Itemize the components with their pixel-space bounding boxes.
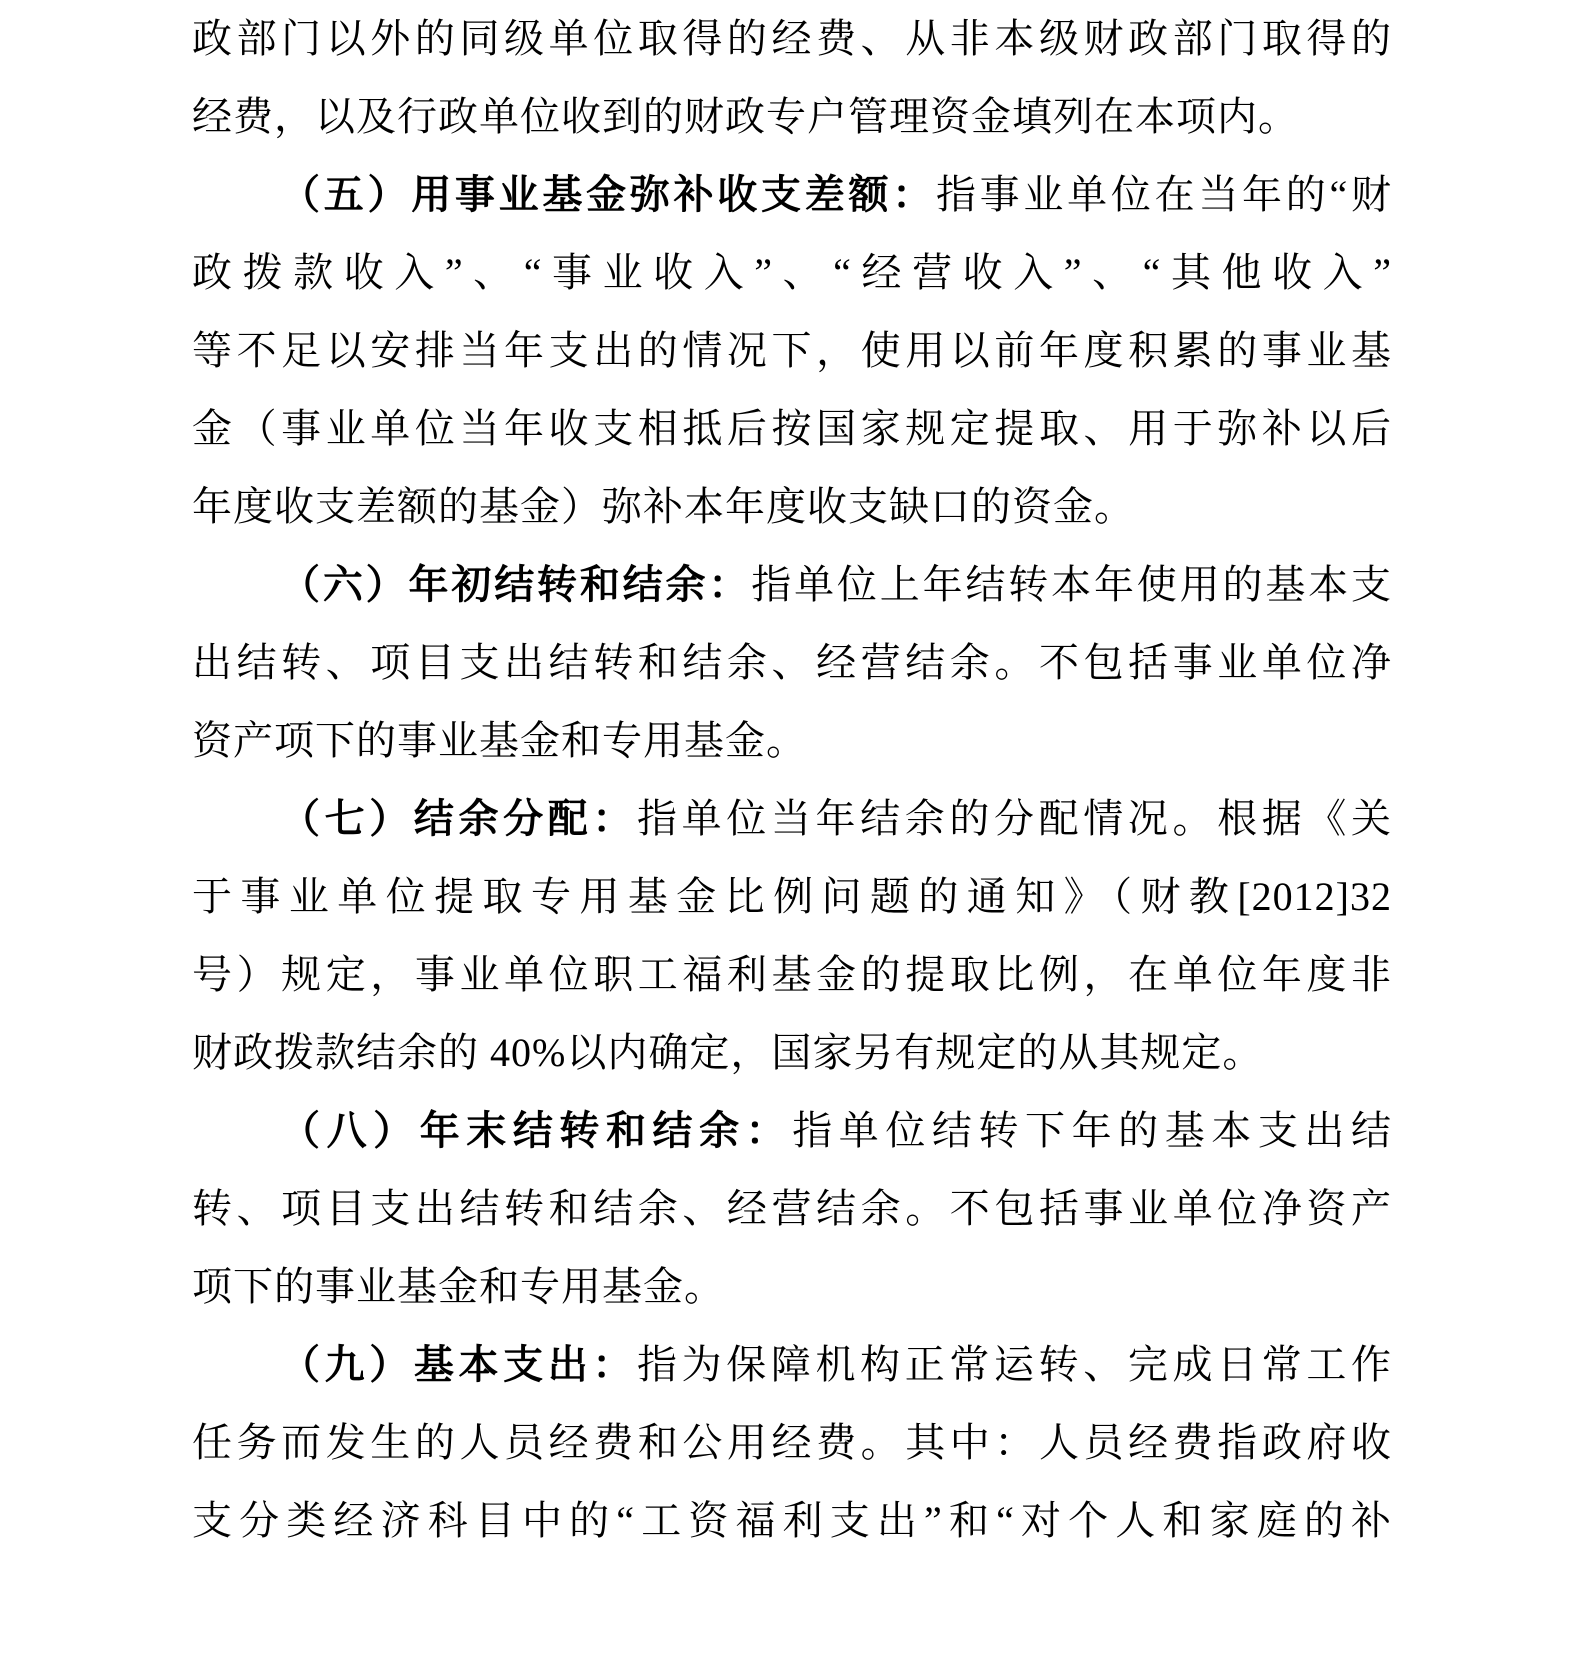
document-text-block: 政部门以外的同级单位取得的经费、从非本级财政部门取得的经费，以及行政单位收到的财…	[192, 0, 1392, 1560]
text-segment: 财政拨款结余的 40%以内确定，国家另有规定的从其规定。	[192, 1030, 1263, 1075]
text-segment: 政部门以外的同级单位取得的经费、从非本级财政部门取得的	[192, 16, 1392, 61]
text-line-15: （八）年末结转和结余：指单位结转下年的基本支出结	[192, 1092, 1392, 1170]
text-line-10: 资产项下的事业基金和专用基金。	[192, 702, 1392, 780]
text-segment: 政拨款收入”、“事业收入”、“经营收入”、“其他收入”	[192, 250, 1392, 295]
text-line-19: 任务而发生的人员经费和公用经费。其中：人员经费指政府收	[192, 1404, 1392, 1482]
text-line-1: 政部门以外的同级单位取得的经费、从非本级财政部门取得的	[192, 0, 1392, 78]
text-line-20: 支分类经济科目中的“工资福利支出”和“对个人和家庭的补	[192, 1482, 1392, 1560]
text-line-14: 财政拨款结余的 40%以内确定，国家另有规定的从其规定。	[192, 1014, 1392, 1092]
text-line-18: （九）基本支出：指为保障机构正常运转、完成日常工作	[192, 1326, 1392, 1404]
text-segment: 转、项目支出结转和结余、经营结余。不包括事业单位净资产	[192, 1186, 1392, 1231]
text-line-5: 等不足以安排当年支出的情况下，使用以前年度积累的事业基	[192, 312, 1392, 390]
text-segment: 指单位结转下年的基本支出结	[792, 1108, 1392, 1153]
text-segment: 于事业单位提取专用基金比例问题的通知》（财教[2012]32	[192, 874, 1392, 919]
paragraph-lead-bold: （五）用事业基金弥补收支差额：	[280, 172, 936, 217]
text-line-2: 经费，以及行政单位收到的财政专户管理资金填列在本项内。	[192, 78, 1392, 156]
text-line-11: （七）结余分配：指单位当年结余的分配情况。根据《关	[192, 780, 1392, 858]
text-segment: 年度收支差额的基金）弥补本年度收支缺口的资金。	[192, 484, 1135, 529]
text-segment: 等不足以安排当年支出的情况下，使用以前年度积累的事业基	[192, 328, 1392, 373]
text-segment: 指单位当年结余的分配情况。根据《关	[637, 796, 1392, 841]
paragraph-lead-bold: （六）年初结转和结余：	[280, 562, 751, 607]
text-segment: 金（事业单位当年收支相抵后按国家规定提取、用于弥补以后	[192, 406, 1392, 451]
text-line-7: 年度收支差额的基金）弥补本年度收支缺口的资金。	[192, 468, 1392, 546]
text-segment: 指事业单位在当年的“财	[936, 172, 1392, 217]
text-segment: 指单位上年结转本年使用的基本支	[751, 562, 1392, 607]
text-segment: 资产项下的事业基金和专用基金。	[192, 718, 807, 763]
paragraph-lead-bold: （七）结余分配：	[280, 796, 637, 841]
paragraph-lead-bold: （九）基本支出：	[280, 1342, 637, 1387]
text-line-17: 项下的事业基金和专用基金。	[192, 1248, 1392, 1326]
text-segment: 号）规定，事业单位职工福利基金的提取比例，在单位年度非	[192, 952, 1392, 997]
text-line-8: （六）年初结转和结余：指单位上年结转本年使用的基本支	[192, 546, 1392, 624]
text-line-3: （五）用事业基金弥补收支差额：指事业单位在当年的“财	[192, 156, 1392, 234]
text-line-16: 转、项目支出结转和结余、经营结余。不包括事业单位净资产	[192, 1170, 1392, 1248]
text-segment: 出结转、项目支出结转和结余、经营结余。不包括事业单位净	[192, 640, 1392, 685]
paragraph-lead-bold: （八）年末结转和结余：	[280, 1108, 792, 1153]
text-segment: 经费，以及行政单位收到的财政专户管理资金填列在本项内。	[192, 94, 1299, 139]
text-line-4: 政拨款收入”、“事业收入”、“经营收入”、“其他收入”	[192, 234, 1392, 312]
text-segment: 指为保障机构正常运转、完成日常工作	[637, 1342, 1392, 1387]
text-segment: 项下的事业基金和专用基金。	[192, 1264, 725, 1309]
text-line-9: 出结转、项目支出结转和结余、经营结余。不包括事业单位净	[192, 624, 1392, 702]
text-line-13: 号）规定，事业单位职工福利基金的提取比例，在单位年度非	[192, 936, 1392, 1014]
document-page: 政部门以外的同级单位取得的经费、从非本级财政部门取得的经费，以及行政单位收到的财…	[0, 0, 1588, 1653]
text-segment: 任务而发生的人员经费和公用经费。其中：人员经费指政府收	[192, 1420, 1392, 1465]
text-line-6: 金（事业单位当年收支相抵后按国家规定提取、用于弥补以后	[192, 390, 1392, 468]
text-line-12: 于事业单位提取专用基金比例问题的通知》（财教[2012]32	[192, 858, 1392, 936]
text-segment: 支分类经济科目中的“工资福利支出”和“对个人和家庭的补	[192, 1498, 1392, 1543]
